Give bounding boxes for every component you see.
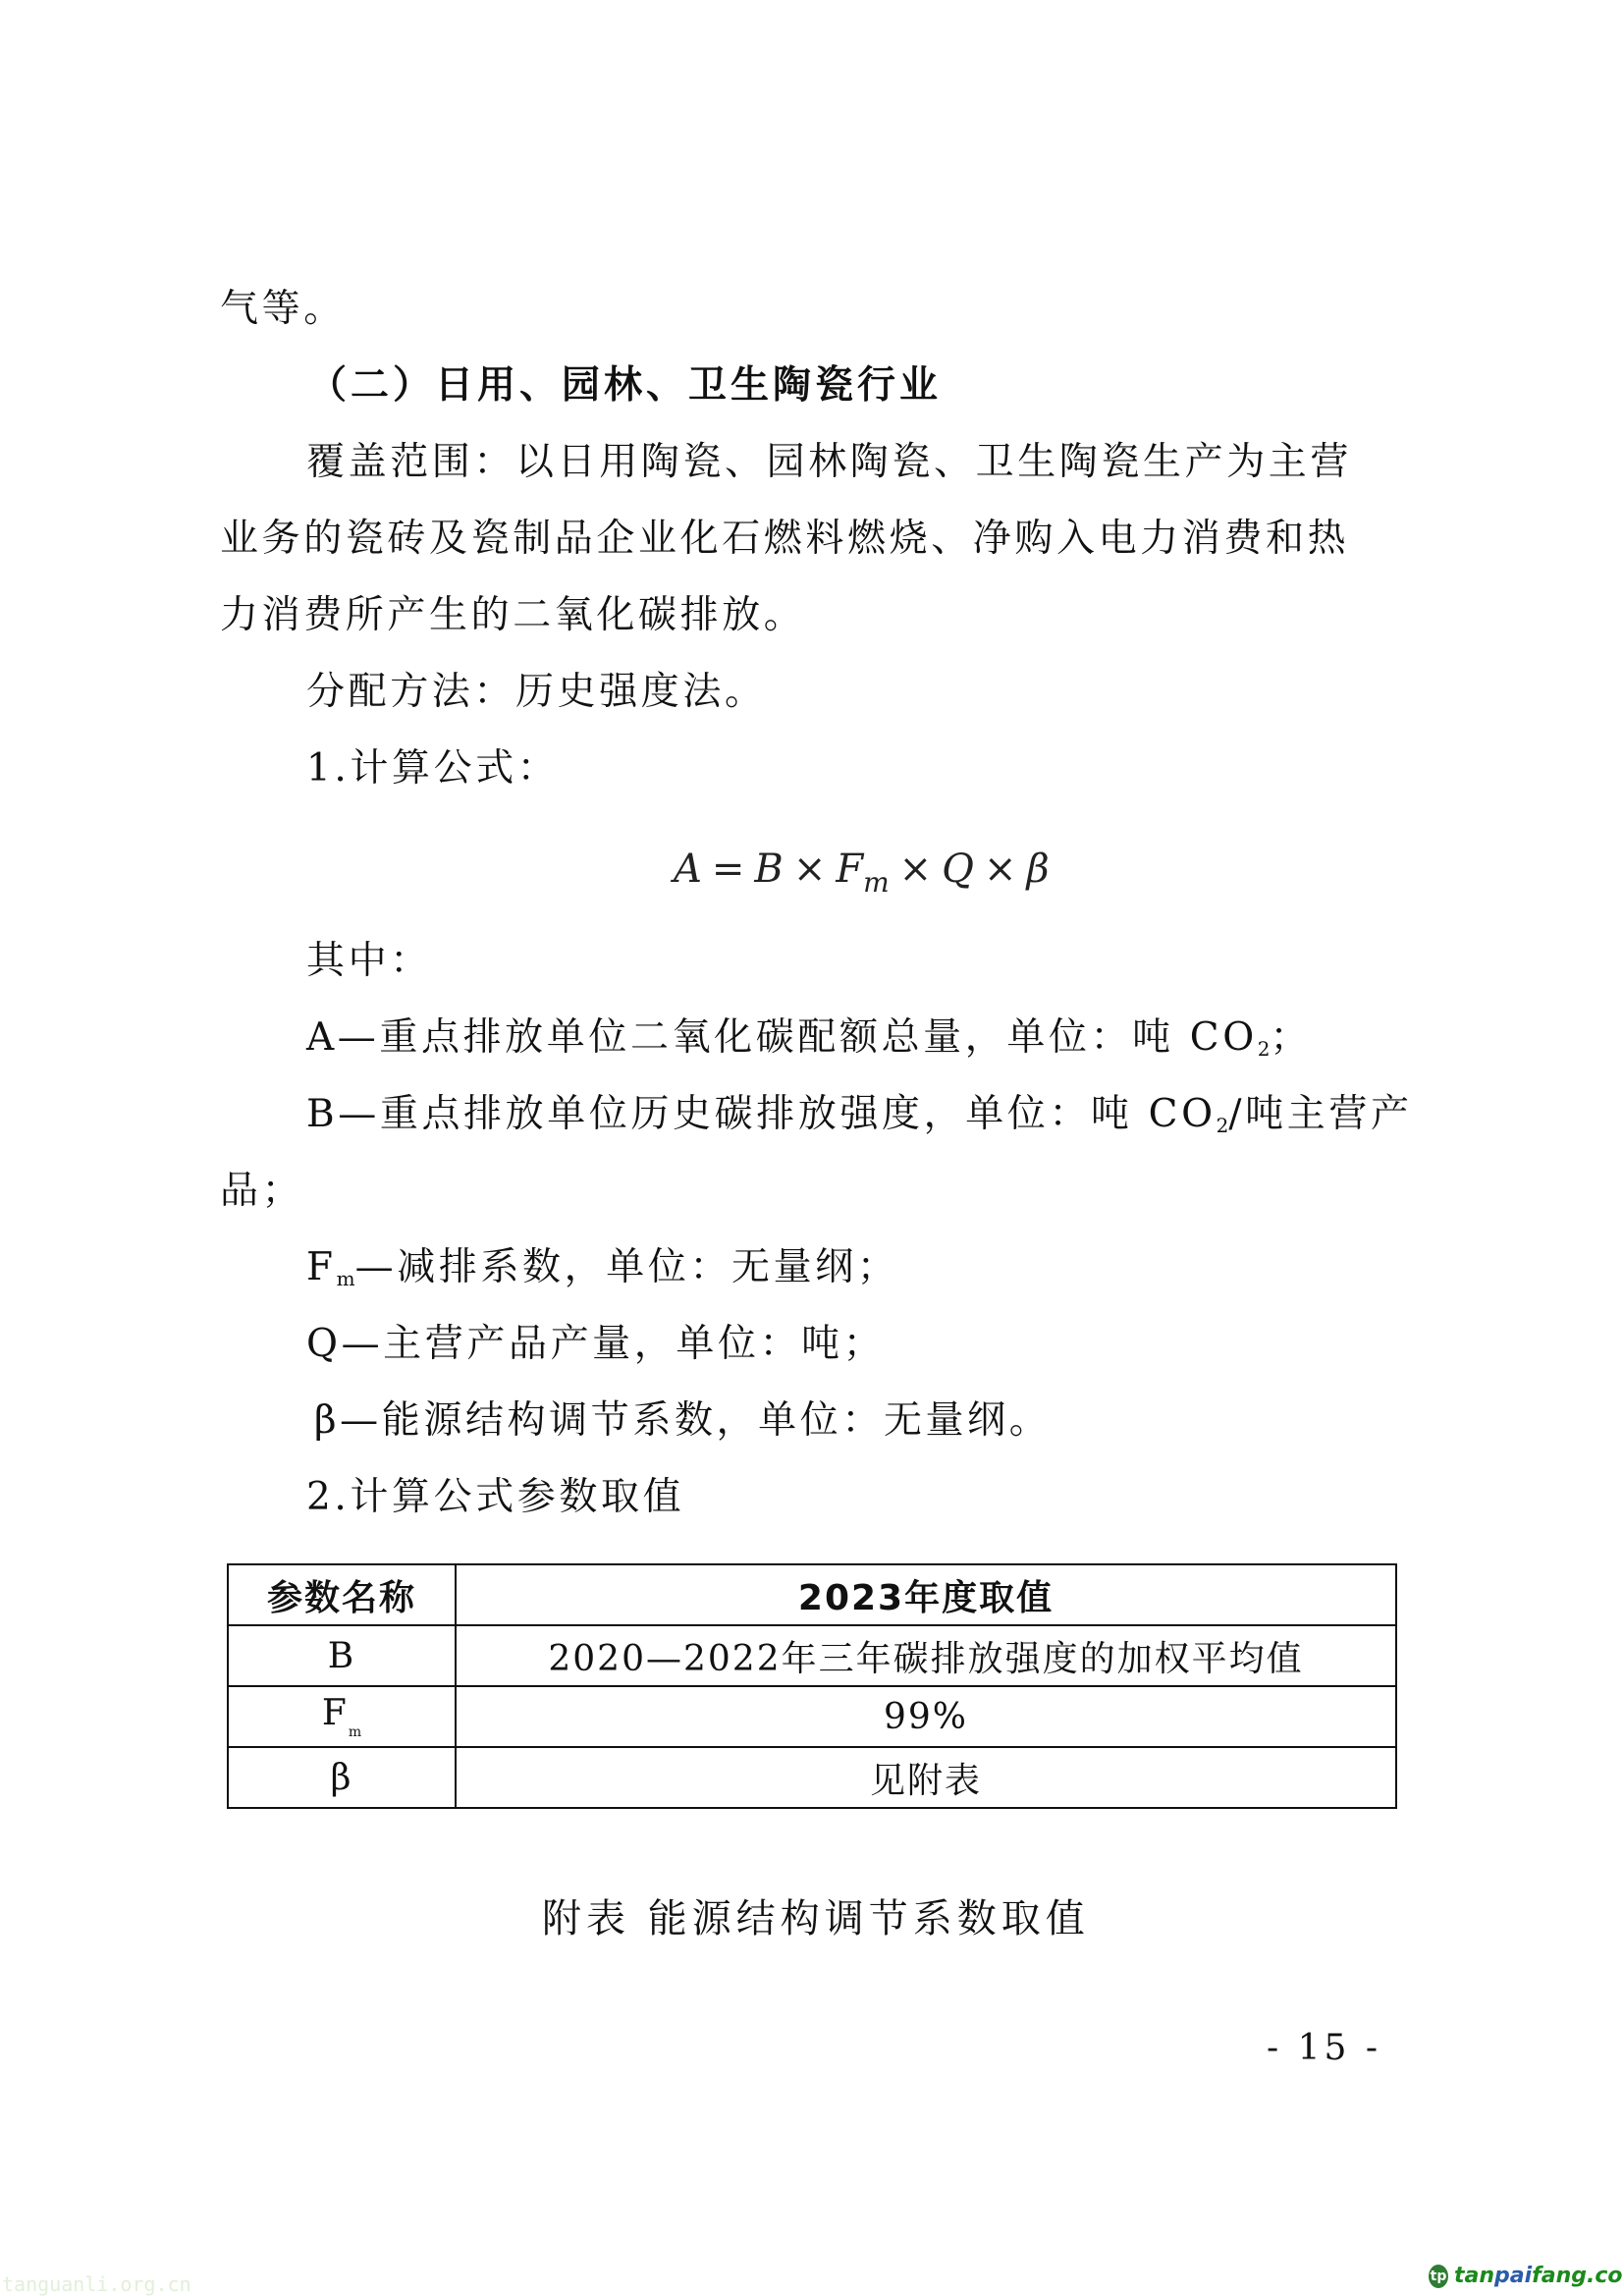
param-symbol: B	[328, 1636, 355, 1676]
appendix-title: 附表 能源结构调节系数取值	[542, 1887, 1090, 1943]
table-header-row: 参数名称 2023年度取值	[228, 1564, 1396, 1625]
table-cell-value: 99%	[456, 1686, 1396, 1747]
formula-heading: 1.计算公式：	[306, 746, 559, 792]
definition-fm-text: —减排系数，单位：无量纲；	[355, 1245, 899, 1289]
formula-times: ×	[899, 847, 933, 892]
coverage-text-line-1: 覆盖范围：以日用陶瓷、园林陶瓷、卫生陶瓷生产为主营	[306, 440, 1352, 485]
param-symbol: F	[322, 1693, 349, 1733]
allocation-method: 分配方法：历史强度法。	[306, 670, 767, 715]
definition-a-text: A—重点排放单位二氧化碳配额总量，单位：吨 CO	[306, 1015, 1258, 1060]
definition-fm-var: F	[306, 1245, 337, 1289]
formula-equals: =	[712, 847, 745, 892]
definition-beta: β—能源结构调节系数，单位：无量纲。	[314, 1398, 1051, 1444]
parameter-heading: 2.计算公式参数取值	[306, 1475, 684, 1520]
tanpaifang-logo-icon: tp	[1429, 2265, 1448, 2288]
formula-var-q: Q	[942, 847, 974, 892]
definition-a: A—重点排放单位二氧化碳配额总量，单位：吨 CO2；	[306, 1015, 1312, 1071]
param-symbol: β	[331, 1758, 353, 1798]
subscript: m	[337, 1267, 355, 1290]
section-heading: （二）日用、园林、卫生陶瓷行业	[308, 363, 942, 409]
coverage-text-line-3: 力消费所产生的二氧化碳排放。	[220, 593, 805, 638]
watermark-right-text: tanpaifang.com	[1454, 2264, 1623, 2288]
where-label: 其中：	[306, 939, 432, 984]
table-row: B 2020—2022年三年碳排放强度的加权平均值	[228, 1625, 1396, 1686]
parameter-table: 参数名称 2023年度取值 B 2020—2022年三年碳排放强度的加权平均值 …	[227, 1563, 1397, 1809]
page-number: - 15 -	[1267, 2028, 1381, 2068]
table-row: β 见附表	[228, 1747, 1396, 1808]
table-header-value: 2023年度取值	[456, 1564, 1396, 1625]
definition-b-end: /吨主营产	[1228, 1092, 1412, 1136]
subscript: m	[349, 1724, 361, 1740]
formula-var-b: B	[754, 847, 783, 892]
definition-q: Q—主营产品产量，单位：吨；	[306, 1322, 885, 1367]
table-cell-param: Fm	[228, 1686, 456, 1747]
formula-var-beta: β	[1026, 847, 1049, 892]
definition-a-end: ；	[1271, 1015, 1313, 1060]
definition-fm: Fm—减排系数，单位：无量纲；	[306, 1245, 898, 1301]
formula-times: ×	[984, 847, 1017, 892]
definition-b-text: B—重点排放单位历史碳排放强度，单位：吨 CO	[306, 1092, 1217, 1136]
watermark-right: tp tanpaifang.com	[1429, 2264, 1623, 2288]
watermark-left: tanguanli.org.cn	[2, 2272, 191, 2296]
table-cell-value: 2020—2022年三年碳排放强度的加权平均值	[456, 1625, 1396, 1686]
formula-var-f: F	[836, 847, 863, 892]
subscript: 2	[1258, 1037, 1271, 1061]
table-row: Fm 99%	[228, 1686, 1396, 1747]
allocation-formula: A=B×Fm×Q×β	[674, 845, 1050, 907]
definition-b-continuation: 品；	[220, 1169, 303, 1214]
table-header-param: 参数名称	[228, 1564, 456, 1625]
coverage-text-line-2: 业务的瓷砖及瓷制品企业化石燃料燃烧、净购入电力消费和热	[220, 517, 1349, 562]
formula-var-a: A	[674, 847, 702, 892]
paragraph-continuation: 气等。	[220, 287, 346, 332]
table-cell-value: 见附表	[456, 1747, 1396, 1808]
definition-b: B—重点排放单位历史碳排放强度，单位：吨 CO2/吨主营产	[306, 1092, 1413, 1148]
table-cell-param: B	[228, 1625, 456, 1686]
table-cell-param: β	[228, 1747, 456, 1808]
formula-times: ×	[793, 847, 827, 892]
formula-sub-m: m	[863, 866, 890, 899]
subscript: 2	[1217, 1114, 1229, 1137]
